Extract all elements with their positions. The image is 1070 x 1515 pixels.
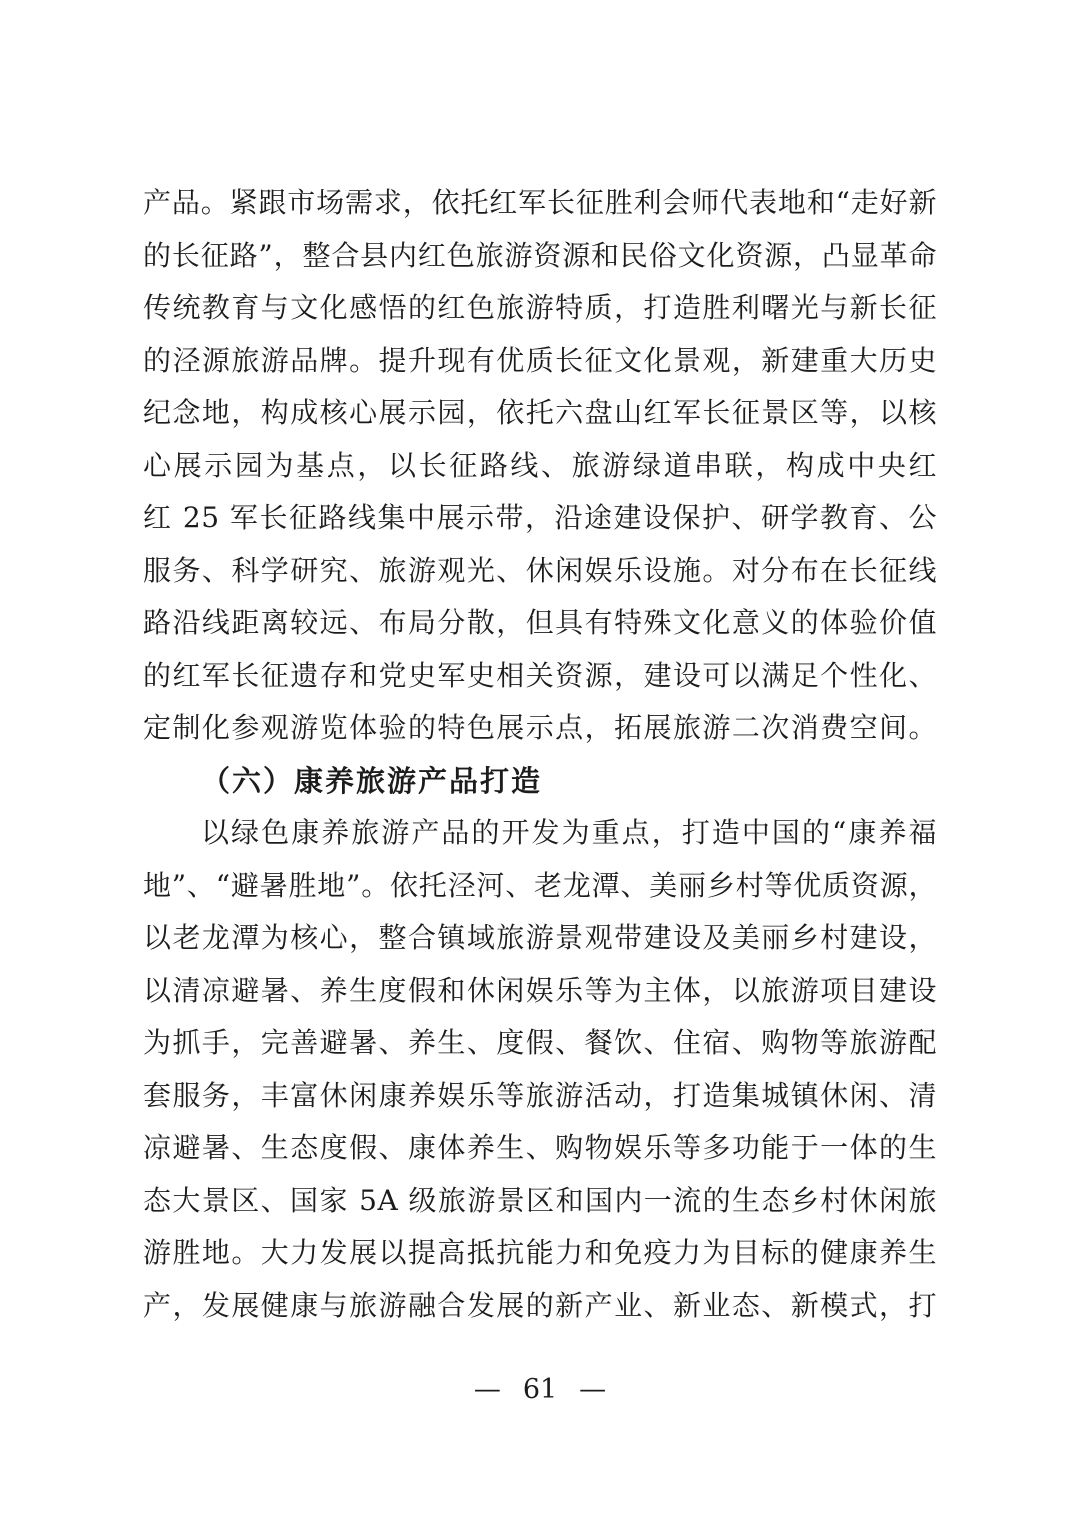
page-footer: —61— (143, 1368, 937, 1412)
text-line: 纪念地，构成核心展示园，依托六盘山红军长征景区等，以核 (143, 387, 937, 440)
text-line: 以老龙潭为核心，整合镇域旅游景观带建设及美丽乡村建设， (143, 912, 937, 965)
text-line: 套服务，丰富休闲康养娱乐等旅游活动，打造集城镇休闲、清 (143, 1070, 937, 1123)
paragraph-1: 产品。紧跟市场需求，依托红军长征胜利会师代表地和“走好新 的长征路”，整合县内红… (143, 177, 937, 755)
text-line: 路沿线距离较远、布局分散，但具有特殊文化意义的体验价值 (143, 597, 937, 650)
text-block: 产品。紧跟市场需求，依托红军长征胜利会师代表地和“走好新 的长征路”，整合县内红… (143, 177, 937, 1332)
text-line: 的红军长征遗存和党史军史相关资源，建设可以满足个性化、 (143, 650, 937, 703)
section-heading: （六）康养旅游产品打造 (143, 755, 937, 808)
page-number: 61 (523, 1368, 557, 1412)
text-line: 凉避暑、生态度假、康体养生、购物娱乐等多功能于一体的生 (143, 1122, 937, 1175)
text-line: 以清凉避暑、养生度假和休闲娱乐等为主体，以旅游项目建设 (143, 965, 937, 1018)
text-line: 为抓手，完善避暑、养生、度假、餐饮、住宿、购物等旅游配 (143, 1017, 937, 1070)
text-line: 定制化参观游览体验的特色展示点，拓展旅游二次消费空间。 (143, 702, 937, 755)
paragraph-2: 以绿色康养旅游产品的开发为重点，打造中国的“康养福 地”、“避暑胜地”。依托泾河… (143, 807, 937, 1332)
text-line: 地”、“避暑胜地”。依托泾河、老龙潭、美丽乡村等优质资源， (143, 860, 937, 913)
text-line: 红 25 军长征路线集中展示带，沿途建设保护、研学教育、公共 (143, 492, 937, 545)
text-line: 心展示园为基点，以长征路线、旅游绿道串联，构成中央红军、 (143, 440, 937, 493)
text-line: 产品。紧跟市场需求，依托红军长征胜利会师代表地和“走好新 (143, 177, 937, 230)
text-line: 服务、科学研究、旅游观光、休闲娱乐设施。对分布在长征线 (143, 545, 937, 598)
text-line: 态大景区、国家 5A 级旅游景区和国内一流的生态乡村休闲旅 (143, 1175, 937, 1228)
text-line: 游胜地。大力发展以提高抵抗能力和免疫力为目标的健康养生 (143, 1227, 937, 1280)
text-line: 传统教育与文化感悟的红色旅游特质，打造胜利曙光与新长征 (143, 282, 937, 335)
text-line: 的泾源旅游品牌。提升现有优质长征文化景观，新建重大历史 (143, 335, 937, 388)
text-line: 产，发展健康与旅游融合发展的新产业、新业态、新模式，打 (143, 1280, 937, 1333)
footer-left-dash: — (474, 1368, 501, 1412)
text-line: 以绿色康养旅游产品的开发为重点，打造中国的“康养福 (143, 807, 937, 860)
text-line: 的长征路”，整合县内红色旅游资源和民俗文化资源，凸显革命 (143, 230, 937, 283)
document-page: 产品。紧跟市场需求，依托红军长征胜利会师代表地和“走好新 的长征路”，整合县内红… (0, 0, 1070, 1515)
footer-right-dash: — (579, 1368, 606, 1412)
